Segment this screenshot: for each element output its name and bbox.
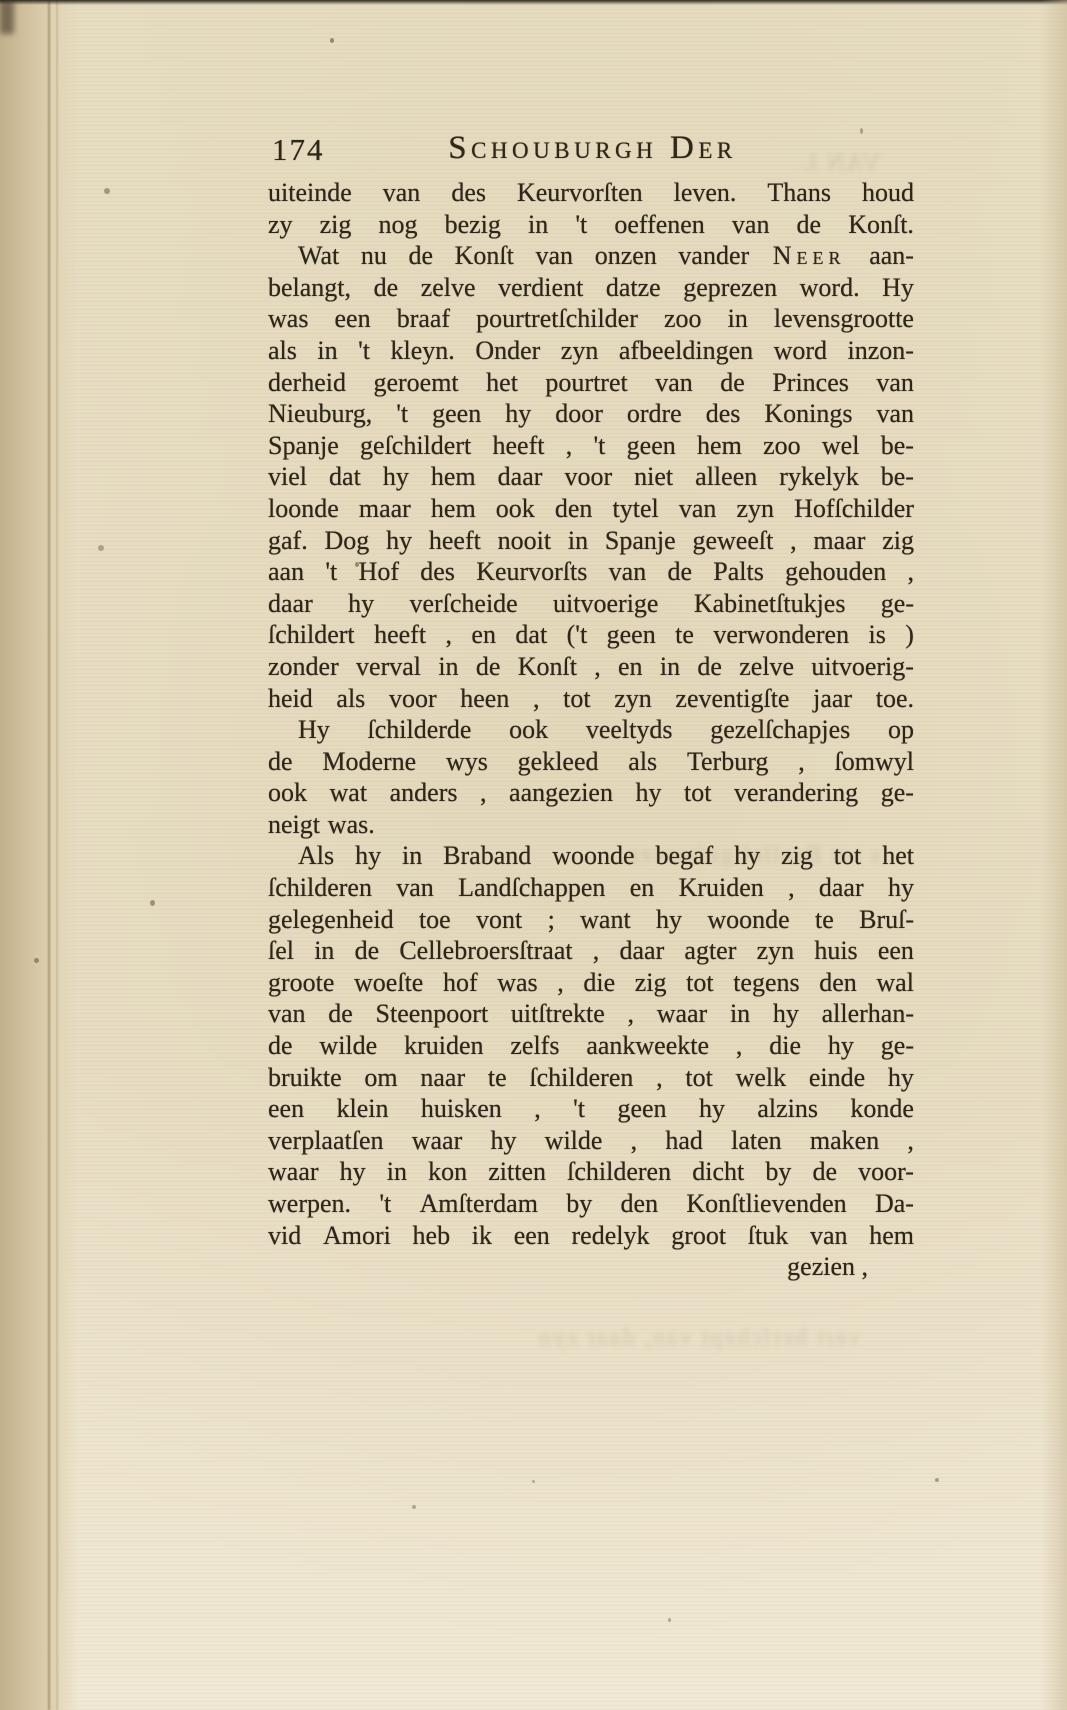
text-line: heidalsvoorheen,totzynzeventigſtejaartoe…	[268, 683, 914, 715]
text-line: vandeSteenpoortuitſtrekte,waarinhyallerh…	[268, 998, 914, 1030]
text-line: vieldathyhemdaarvoornietalleenrykelykbe-	[268, 461, 914, 493]
text-line: grootewoeſtehofwas,diezigtottegensdenwal	[268, 967, 914, 999]
text-line: vidAmorihebikeenredelykgrootſtukvanhem	[268, 1220, 914, 1252]
binding-crease	[47, 0, 51, 1710]
paper-speck	[150, 900, 155, 906]
paper-speck	[330, 38, 334, 43]
text-line: bruikteomnaarteſchilderen,totwelkeindehy	[268, 1062, 914, 1094]
text-line: dewildekruidenzelfsaankweekte,diehyge-	[268, 1030, 914, 1062]
paper-speck	[355, 562, 359, 567]
text-line: Hyſchilderdeookveeltydsgezelſchapjesop	[268, 714, 914, 746]
bleedthrough-ghost: s tot Bruſſel geſtorven	[420, 842, 880, 869]
paper-speck	[532, 1480, 535, 1483]
text-line: deModernewysgekleedalsTerburg,ſomwyl	[268, 746, 914, 778]
binding-crease	[56, 0, 58, 1710]
bleedthrough-ghost: VAN L	[620, 150, 880, 177]
text-line: werpen.'tAmſterdambydenKonſtlievendenDa-	[268, 1188, 914, 1220]
text-line: belangt,dezelveverdientdatzegeprezenword…	[268, 272, 914, 304]
paper-speck	[860, 128, 863, 134]
text-line: ſchilderenvanLandſchappenenKruiden,daarh…	[268, 872, 914, 904]
text-line: uiteindevandesKeurvorſtenleven.Thanshoud	[268, 177, 914, 209]
text-line: Spanjegeſchildertheeft,'tgeenhemzoowelbe…	[268, 430, 914, 462]
text-line: ſelindeCellebroersſtraat,daaragterzynhui…	[268, 935, 914, 967]
text-line: zondervervalindeKonſt,enindezelveuitvoer…	[268, 651, 914, 683]
text-line: aan'tHofdesKeurvorſtsvandePaltsgehouden,	[268, 556, 914, 588]
paper-speck	[104, 188, 110, 194]
text-line: eenkleinhuisken,'tgeenhyalzinskonde	[268, 1093, 914, 1125]
body-text: uiteindevandesKeurvorſtenleven.Thanshoud…	[268, 177, 914, 1283]
bleedthrough-ghost: vert herſchept van, daar zyn	[360, 1325, 860, 1352]
text-line: Nieuburg,'tgeenhydoorordredesKoningsvan	[268, 398, 914, 430]
paper-speck	[34, 958, 39, 963]
text-line: alsin'tkleyn.Onderzynafbeeldingenwordinz…	[268, 335, 914, 367]
catchword: gezien ,	[268, 1251, 914, 1283]
text-line: verplaatſenwaarhywilde,hadlatenmaken,	[268, 1125, 914, 1157]
text-line: derheidgeroemthetpourtretvandePrincesvan	[268, 367, 914, 399]
page-corner-shadow	[0, 0, 14, 34]
text-line: waseenbraafpourtretſchilderzooinlevensgr…	[268, 303, 914, 335]
text-line: gelegenheidtoevont;wanthywoondeteBruſ-	[268, 904, 914, 936]
text-line: ookwatanders,aangezienhytotveranderingge…	[268, 777, 914, 809]
paper-speck	[668, 1618, 671, 1622]
book-page: 174 Schouburgh Der uiteindevandesKeurvor…	[0, 0, 1067, 1710]
text-line: waarhyinkonzittenſchilderendichtbydevoor…	[268, 1156, 914, 1188]
gutter-shadow	[0, 0, 78, 1710]
paper-speck	[935, 1478, 939, 1482]
text-line: WatnudeKonſtvanonzenvanderNeeraan-	[268, 240, 914, 272]
text-line: neigtwas.	[268, 809, 914, 841]
text-line: gaf.DoghyheeftnooitinSpanjegeweeſt,maarz…	[268, 525, 914, 557]
page-top-edge	[0, 0, 1067, 5]
artist-name-smallcaps: Neer	[771, 240, 848, 272]
text-line: loondemaarhemookdentytelvanzynHofſchilde…	[268, 493, 914, 525]
paper-speck	[412, 1505, 416, 1509]
text-line: zyzignogbezigin'toeffenenvandeKonſt.	[268, 209, 914, 241]
text-line: daarhyverſcheideuitvoerigeKabinetſtukjes…	[268, 588, 914, 620]
page-right-edge	[1041, 0, 1067, 1710]
paper-speck	[98, 545, 104, 551]
text-line: ſchildertheeft,endat('tgeenteverwonderen…	[268, 619, 914, 651]
